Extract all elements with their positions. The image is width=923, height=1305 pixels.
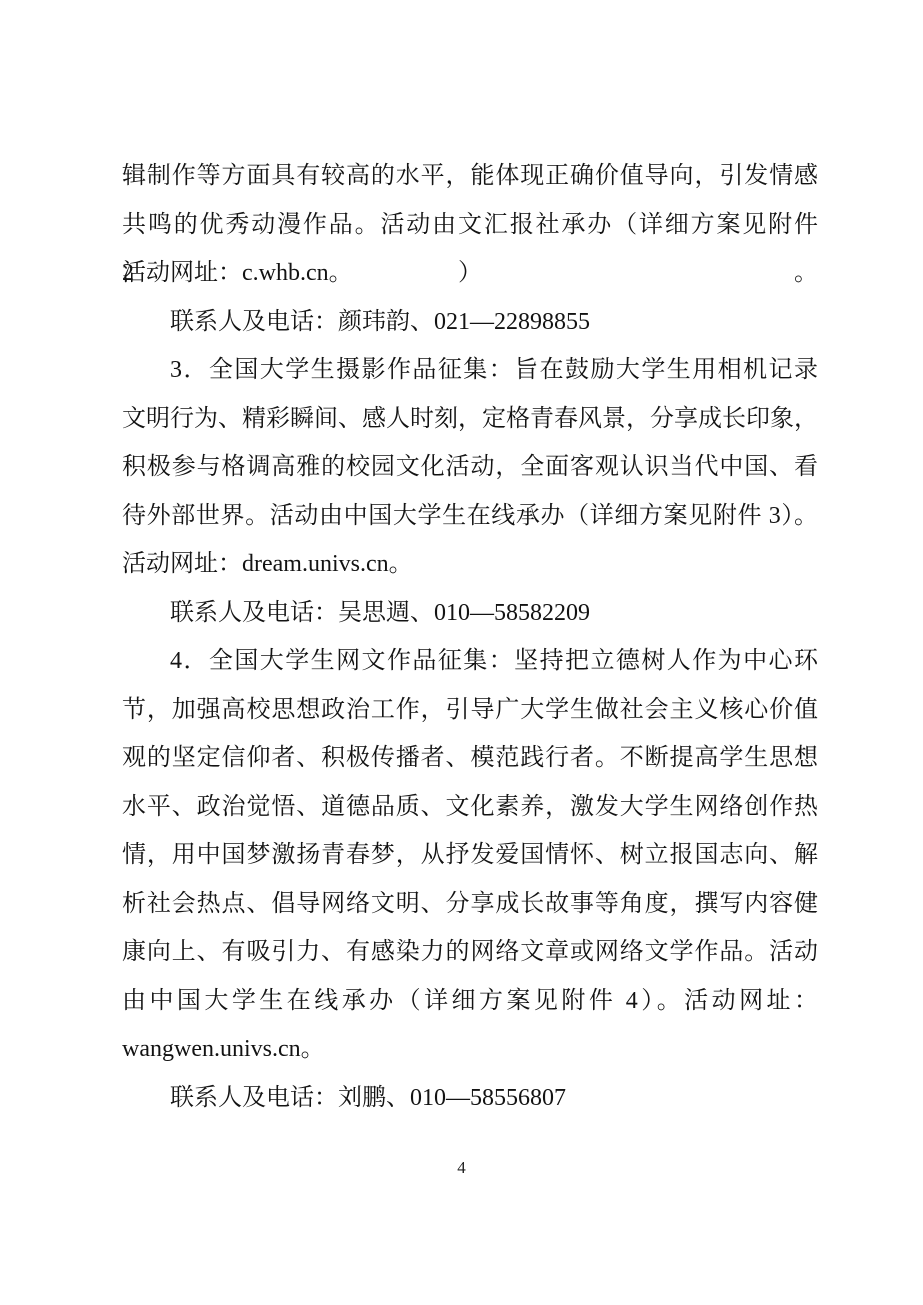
text-line: 共鸣的优秀动漫作品。活动由文汇报社承办（详细方案见附件 2）。	[122, 201, 818, 250]
text-line: 康向上、有吸引力、有感染力的网络文章或网络文学作品。活动	[122, 928, 818, 977]
contact-line: 联系人及电话：刘鹏、010—58556807	[122, 1074, 818, 1123]
text-line: 文明行为、精彩瞬间、感人时刻，定格青春风景，分享成长印象，	[122, 395, 818, 444]
text-line: 由中国大学生在线承办（详细方案见附件 4）。活动网址：	[122, 977, 818, 1026]
text-line: 水平、政治觉悟、道德品质、文化素养，激发大学生网络创作热	[122, 783, 818, 832]
item-4-heading-line: 4．全国大学生网文作品征集：坚持把立德树人作为中心环	[122, 637, 818, 686]
activity-url-line: wangwen.univs.cn。	[122, 1025, 818, 1074]
activity-url-line: 活动网址：dream.univs.cn。	[122, 540, 818, 589]
page-number: 4	[0, 1156, 923, 1180]
text-line: 待外部世界。活动由中国大学生在线承办（详细方案见附件 3）。	[122, 492, 818, 541]
document-body: 辑制作等方面具有较高的水平，能体现正确价值导向，引发情感 共鸣的优秀动漫作品。活…	[122, 152, 818, 1122]
text-line: 情，用中国梦激扬青春梦，从抒发爱国情怀、树立报国志向、解	[122, 831, 818, 880]
document-page: 辑制作等方面具有较高的水平，能体现正确价值导向，引发情感 共鸣的优秀动漫作品。活…	[0, 0, 923, 1305]
text-line: 观的坚定信仰者、积极传播者、模范践行者。不断提高学生思想	[122, 734, 818, 783]
text-line: 积极参与格调高雅的校园文化活动，全面客观认识当代中国、看	[122, 443, 818, 492]
item-3-heading-line: 3．全国大学生摄影作品征集：旨在鼓励大学生用相机记录	[122, 346, 818, 395]
contact-line: 联系人及电话：吴思週、010—58582209	[122, 589, 818, 638]
contact-line: 联系人及电话：颜玮韵、021—22898855	[122, 298, 818, 347]
text-line: 辑制作等方面具有较高的水平，能体现正确价值导向，引发情感	[122, 152, 818, 201]
text-line: 节，加强高校思想政治工作，引导广大学生做社会主义核心价值	[122, 686, 818, 735]
text-line: 析社会热点、倡导网络文明、分享成长故事等角度，撰写内容健	[122, 880, 818, 929]
